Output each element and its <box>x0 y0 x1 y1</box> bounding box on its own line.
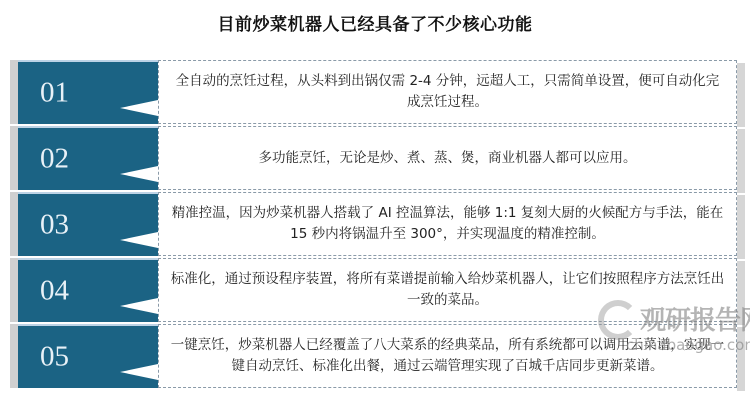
row-shadow-right <box>737 261 745 325</box>
item-text: 多功能烹饪，无论是炒、煮、蒸、煲，商业机器人都可以应用。 <box>259 148 637 169</box>
number-block: 01 <box>18 60 158 124</box>
row-shadow-right <box>737 63 745 127</box>
item-number: 02 <box>40 143 69 176</box>
notch-arrow <box>120 298 158 314</box>
feature-row-3: 03 精准控温，因为炒菜机器人搭载了 AI 控温算法，能够 1:1 复刻大厨的火… <box>10 192 745 256</box>
item-number: 05 <box>40 341 69 374</box>
row-shadow <box>10 192 18 256</box>
row-shadow-right <box>737 195 745 259</box>
notch-arrow <box>120 100 158 116</box>
number-block: 02 <box>18 126 158 190</box>
text-box: 全自动的烹饪过程，从头料到出锅仅需 2-4 分钟，远超人工，只需简单设置，便可自… <box>158 60 737 124</box>
feature-row-2: 02 多功能烹饪，无论是炒、煮、蒸、煲，商业机器人都可以应用。 <box>10 126 745 190</box>
item-number: 04 <box>40 275 69 308</box>
item-number: 03 <box>40 209 69 242</box>
notch-arrow <box>120 364 158 380</box>
item-text: 标准化，通过预设程序装置，将所有菜谱提前输入给炒菜机器人，让它们按照程序方法烹饪… <box>169 269 726 311</box>
row-shadow-right <box>737 129 745 193</box>
diagram-title: 目前炒菜机器人已经具备了不少核心功能 <box>0 10 750 35</box>
notch-arrow <box>120 232 158 248</box>
text-box: 精准控温，因为炒菜机器人搭载了 AI 控温算法，能够 1:1 复刻大厨的火候配方… <box>158 192 737 256</box>
row-shadow <box>10 60 18 124</box>
notch-arrow <box>120 166 158 182</box>
number-block: 03 <box>18 192 158 256</box>
text-box: 一键烹饪，炒菜机器人已经覆盖了八大菜系的经典菜品，所有系统都可以调用云菜谱，实现… <box>158 324 737 388</box>
item-text: 一键烹饪，炒菜机器人已经覆盖了八大菜系的经典菜品，所有系统都可以调用云菜谱，实现… <box>169 335 726 377</box>
item-text: 全自动的烹饪过程，从头料到出锅仅需 2-4 分钟，远超人工，只需简单设置，便可自… <box>169 71 726 113</box>
number-block: 05 <box>18 324 158 388</box>
feature-row-5: 05 一键烹饪，炒菜机器人已经覆盖了八大菜系的经典菜品，所有系统都可以调用云菜谱… <box>10 324 745 388</box>
feature-row-1: 01 全自动的烹饪过程，从头料到出锅仅需 2-4 分钟，远超人工，只需简单设置，… <box>10 60 745 124</box>
feature-list: 01 全自动的烹饪过程，从头料到出锅仅需 2-4 分钟，远超人工，只需简单设置，… <box>10 60 745 390</box>
text-box: 多功能烹饪，无论是炒、煮、蒸、煲，商业机器人都可以应用。 <box>158 126 737 190</box>
text-box: 标准化，通过预设程序装置，将所有菜谱提前输入给炒菜机器人，让它们按照程序方法烹饪… <box>158 258 737 322</box>
row-shadow-right <box>737 327 745 391</box>
number-block: 04 <box>18 258 158 322</box>
item-number: 01 <box>40 77 69 110</box>
row-shadow <box>10 126 18 190</box>
item-text: 精准控温，因为炒菜机器人搭载了 AI 控温算法，能够 1:1 复刻大厨的火候配方… <box>169 203 726 245</box>
row-shadow <box>10 258 18 322</box>
feature-row-4: 04 标准化，通过预设程序装置，将所有菜谱提前输入给炒菜机器人，让它们按照程序方… <box>10 258 745 322</box>
row-shadow <box>10 324 18 388</box>
